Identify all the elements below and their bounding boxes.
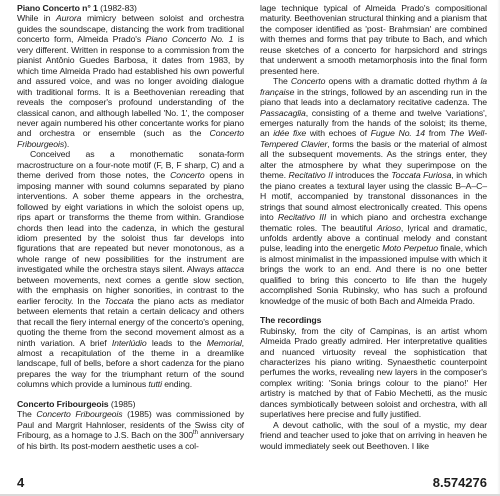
text-run: Toccata — [104, 296, 133, 306]
text-run: (1982-83) — [98, 3, 137, 13]
paragraph: Conceived as a monothematic sonata-form … — [17, 149, 244, 389]
text-run: tutti — [148, 379, 162, 389]
text-run: opens with a dramatic dotted rhythm — [325, 76, 472, 86]
text-run: lage technique typical of Almeida Prado'… — [260, 3, 487, 76]
text-run: ending. — [162, 379, 192, 389]
text-run: introduces the — [333, 170, 391, 180]
text-run: Piano Concerto No. 1 — [146, 34, 234, 44]
paragraph: While in Aurora mimicry between soloist … — [17, 13, 244, 149]
paragraph: The Concerto Fribourgeois (1985) was com… — [17, 409, 244, 451]
text-run: idée fixe — [273, 128, 306, 138]
text-run: from — [425, 128, 449, 138]
text-run: Aurora — [56, 13, 81, 23]
two-column-text-area: Piano Concerto n° 1 (1982-83)While in Au… — [17, 3, 487, 451]
section-heading: Piano Concerto n° 1 (1982-83) — [17, 3, 244, 13]
text-run: Concerto Fribourgeois — [17, 399, 109, 409]
text-run: The — [17, 409, 36, 419]
paragraph: Rubinsky, from the city of Campinas, is … — [260, 326, 487, 420]
catalog-number: 8.574276 — [433, 475, 487, 490]
paragraph: A devout catholic, with the soul of a my… — [260, 420, 487, 451]
text-run: Interlúdio — [112, 338, 147, 348]
text-run: Concerto — [170, 170, 204, 180]
text-run: Toccata Furiosa — [391, 170, 451, 180]
text-run: Arioso — [377, 223, 401, 233]
text-run: Moto Perpetuo — [382, 243, 438, 253]
text-run: is very different. Written in response t… — [17, 34, 244, 138]
text-run: in the strings, followed by an ascending… — [260, 87, 487, 107]
text-run: While in — [17, 13, 56, 23]
text-run: (1985) — [109, 399, 136, 409]
paragraph: lage technique typical of Almeida Prado'… — [260, 3, 487, 76]
text-run: Rubinsky, from the city of Campinas, is … — [260, 326, 487, 420]
text-run: Piano Concerto n° 1 — [17, 3, 98, 13]
text-column-right: lage technique typical of Almeida Prado'… — [260, 3, 487, 451]
text-run: Concerto Fribourgeois — [36, 409, 122, 419]
page-footer: 4 8.574276 — [17, 475, 487, 490]
text-run: attacca — [217, 264, 244, 274]
text-run: Passacaglia — [260, 108, 306, 118]
text-run: The recordings — [260, 315, 321, 325]
text-run: Concerto — [291, 76, 325, 86]
text-run: with echoes of — [306, 128, 371, 138]
text-run: Memorial — [207, 338, 242, 348]
section-heading: Concerto Fribourgeois (1985) — [17, 399, 244, 409]
paragraph: The Concerto opens with a dramatic dotte… — [260, 76, 487, 306]
text-run: The — [273, 76, 291, 86]
booklet-page: Piano Concerto n° 1 (1982-83)While in Au… — [0, 0, 500, 496]
text-run: ). — [64, 139, 69, 149]
text-run: Recitativo III — [278, 212, 326, 222]
text-run: leads to the — [147, 338, 207, 348]
text-column-left: Piano Concerto n° 1 (1982-83)While in Au… — [17, 3, 244, 451]
text-run: Recitativo II — [288, 170, 332, 180]
section-heading: The recordings — [260, 315, 487, 325]
text-run: A devout catholic, with the soul of a my… — [260, 420, 487, 451]
text-run: Fugue No. 14 — [371, 128, 425, 138]
text-run: opens in imposing manner with sound colu… — [17, 170, 244, 274]
page-number: 4 — [17, 475, 24, 490]
